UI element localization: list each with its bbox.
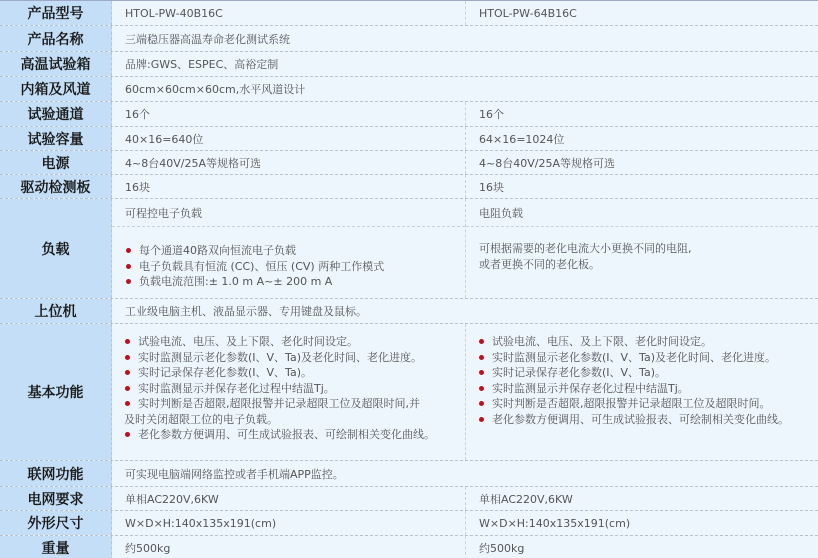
label-grid: 电网要求 — [0, 487, 112, 510]
name-value: 三端稳压器高温寿命老化测试系统 — [112, 26, 818, 51]
row-load: 负载 可程控电子负载 每个通道40路双向恒流电子负载 电子负载具有恒流 (CC)… — [0, 199, 818, 299]
functions-a-item: 实时记录保存老化参数(I、V、Ta)。 — [124, 365, 422, 381]
label-host: 上位机 — [0, 299, 112, 323]
functions-b-item: 实时记录保存老化参数(I、V、Ta)。 — [478, 365, 789, 381]
label-weight: 重量 — [0, 536, 112, 558]
functions-b-item: 试验电流、电压、及上下限、老化时间设定。 — [478, 334, 789, 350]
load-b: 电阻负载 可根据需要的老化电流大小更换不同的电阻, 或者更换不同的老化板。 — [466, 199, 818, 298]
model-b: HTOL-PW-64B16C — [466, 1, 818, 25]
spec-table: 产品型号 HTOL-PW-40B16C HTOL-PW-64B16C 产品名称 … — [0, 0, 818, 558]
functions-a-list: 试验电流、电压、及上下限、老化时间设定。 实时监测显示老化参数(I、V、Ta)及… — [124, 334, 422, 412]
label-model: 产品型号 — [0, 1, 112, 25]
row-driver: 驱动检测板 16块 16块 — [0, 175, 818, 199]
functions-a: 试验电流、电压、及上下限、老化时间设定。 实时监测显示老化参数(I、V、Ta)及… — [112, 324, 466, 460]
label-name: 产品名称 — [0, 26, 112, 51]
functions-a-list-2: 老化参数方便调用、可生成试验报表、可绘制相关变化曲线。 — [124, 427, 435, 443]
network-value: 可实现电脑端网络监控或者手机端APP监控。 — [112, 461, 818, 486]
load-b-line: 或者更换不同的老化板。 — [479, 257, 805, 273]
label-driver: 驱动检测板 — [0, 175, 112, 198]
label-capacity: 试验容量 — [0, 127, 112, 150]
row-size: 外形尺寸 W×D×H:140x135x191(cm) W×D×H:140x135… — [0, 511, 818, 536]
functions-a-wrap: 及时关闭超限工位的电子负载。 — [124, 412, 278, 428]
oven-value: 品牌:GWS、ESPEC、高裕定制 — [112, 52, 818, 76]
capacity-a: 40×16=640位 — [112, 127, 466, 150]
load-b-body: 可根据需要的老化电流大小更换不同的电阻, 或者更换不同的老化板。 — [466, 227, 818, 298]
functions-b-item: 实时判断是否超限,超限报警并记录超限工位及超限时间。 — [478, 396, 789, 412]
label-network: 联网功能 — [0, 461, 112, 486]
row-oven: 高温试验箱 品牌:GWS、ESPEC、高裕定制 — [0, 52, 818, 77]
functions-a-item: 实时监测显示并保存老化过程中结温Tj。 — [124, 381, 422, 397]
row-power: 电源 4~8台40V/25A等规格可选 4~8台40V/25A等规格可选 — [0, 151, 818, 175]
row-model: 产品型号 HTOL-PW-40B16C HTOL-PW-64B16C — [0, 1, 818, 26]
row-host: 上位机 工业级电脑主机、液晶显示器、专用键盘及鼠标。 — [0, 299, 818, 324]
row-network: 联网功能 可实现电脑端网络监控或者手机端APP监控。 — [0, 461, 818, 487]
row-capacity: 试验容量 40×16=640位 64×16=1024位 — [0, 127, 818, 151]
functions-b-item: 老化参数方便调用、可生成试验报表、可绘制相关变化曲线。 — [478, 412, 789, 428]
channels-a: 16个 — [112, 102, 466, 126]
weight-a: 约500kg — [112, 536, 466, 558]
load-a-list: 每个通道40路双向恒流电子负载 电子负载具有恒流 (CC)、恒压 (CV) 两种… — [125, 243, 452, 290]
functions-a-item: 老化参数方便调用、可生成试验报表、可绘制相关变化曲线。 — [124, 427, 435, 443]
channels-b: 16个 — [466, 102, 818, 126]
host-value: 工业级电脑主机、液晶显示器、专用键盘及鼠标。 — [112, 299, 818, 323]
load-a-item: 每个通道40路双向恒流电子负载 — [125, 243, 452, 259]
grid-b: 单相AC220V,6KW — [466, 487, 818, 510]
size-a: W×D×H:140x135x191(cm) — [112, 511, 466, 535]
grid-a: 单相AC220V,6KW — [112, 487, 466, 510]
label-power: 电源 — [0, 151, 112, 174]
label-size: 外形尺寸 — [0, 511, 112, 535]
model-a: HTOL-PW-40B16C — [112, 1, 466, 25]
label-chamber: 内箱及风道 — [0, 77, 112, 101]
load-a-body: 每个通道40路双向恒流电子负载 电子负载具有恒流 (CC)、恒压 (CV) 两种… — [112, 227, 465, 298]
label-load: 负载 — [0, 199, 112, 298]
power-b: 4~8台40V/25A等规格可选 — [466, 151, 818, 174]
load-a-title: 可程控电子负载 — [112, 199, 465, 227]
load-a-item: 负载电流范围:± 1.0 m A~± 200 m A — [125, 274, 452, 290]
driver-a: 16块 — [112, 175, 466, 198]
functions-b: 试验电流、电压、及上下限、老化时间设定。 实时监测显示老化参数(I、V、Ta)及… — [466, 324, 818, 460]
row-chamber: 内箱及风道 60cm×60cm×60cm,水平风道设计 — [0, 77, 818, 102]
size-b: W×D×H:140x135x191(cm) — [466, 511, 818, 535]
load-a-item: 电子负载具有恒流 (CC)、恒压 (CV) 两种工作模式 — [125, 259, 452, 275]
functions-b-item: 实时监测显示并保存老化过程中结温Tj。 — [478, 381, 789, 397]
capacity-b: 64×16=1024位 — [466, 127, 818, 150]
functions-a-item: 实时判断是否超限,超限报警并记录超限工位及超限时间,并 — [124, 396, 422, 412]
power-a: 4~8台40V/25A等规格可选 — [112, 151, 466, 174]
functions-a-item: 实时监测显示老化参数(I、V、Ta)及老化时间、老化进度。 — [124, 350, 422, 366]
row-grid: 电网要求 单相AC220V,6KW 单相AC220V,6KW — [0, 487, 818, 511]
load-a: 可程控电子负载 每个通道40路双向恒流电子负载 电子负载具有恒流 (CC)、恒压… — [112, 199, 466, 298]
row-weight: 重量 约500kg 约500kg — [0, 536, 818, 558]
functions-b-item: 实时监测显示老化参数(I、V、Ta)及老化时间、老化进度。 — [478, 350, 789, 366]
label-oven: 高温试验箱 — [0, 52, 112, 76]
driver-b: 16块 — [466, 175, 818, 198]
row-functions: 基本功能 试验电流、电压、及上下限、老化时间设定。 实时监测显示老化参数(I、V… — [0, 324, 818, 461]
chamber-value: 60cm×60cm×60cm,水平风道设计 — [112, 77, 818, 101]
label-channels: 试验通道 — [0, 102, 112, 126]
functions-b-list: 试验电流、电压、及上下限、老化时间设定。 实时监测显示老化参数(I、V、Ta)及… — [478, 334, 789, 427]
functions-a-item: 试验电流、电压、及上下限、老化时间设定。 — [124, 334, 422, 350]
load-b-title: 电阻负载 — [466, 199, 818, 227]
row-channels: 试验通道 16个 16个 — [0, 102, 818, 127]
label-functions: 基本功能 — [0, 324, 112, 460]
load-b-line: 可根据需要的老化电流大小更换不同的电阻, — [479, 241, 805, 257]
weight-b: 约500kg — [466, 536, 818, 558]
row-name: 产品名称 三端稳压器高温寿命老化测试系统 — [0, 26, 818, 52]
